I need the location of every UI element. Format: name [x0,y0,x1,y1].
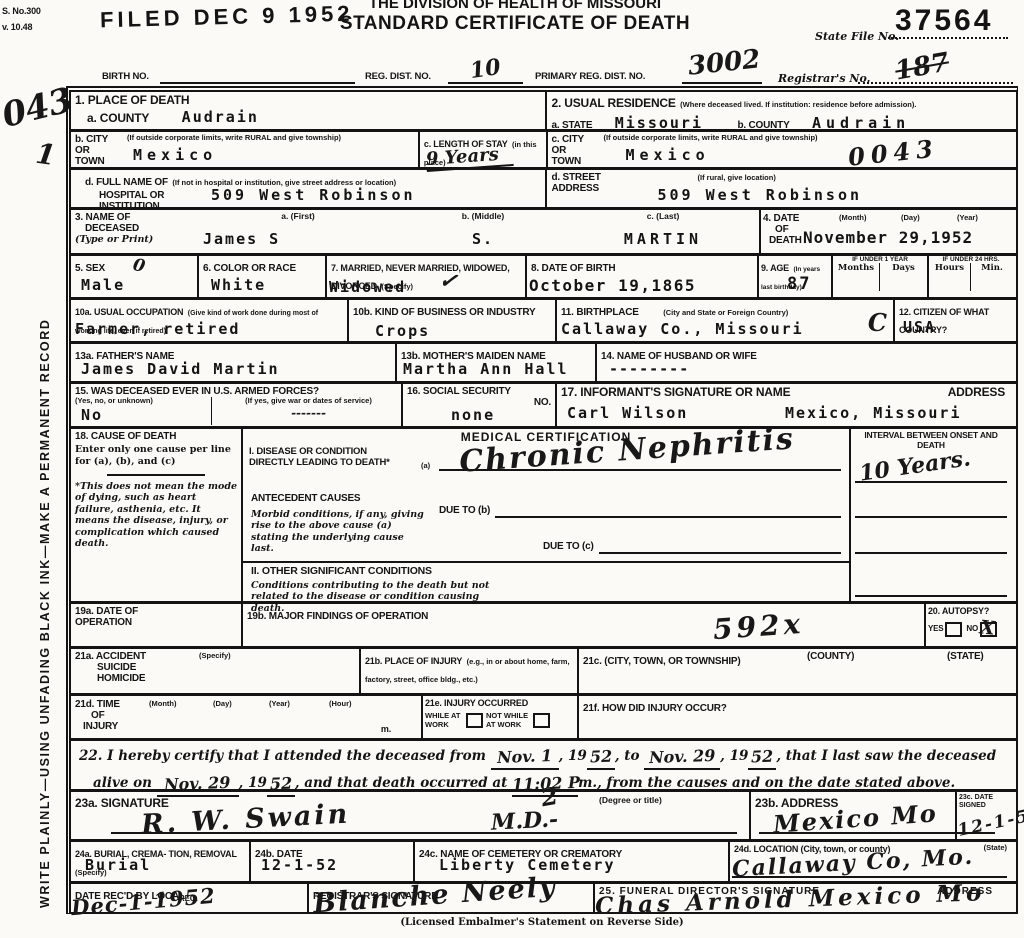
certify-text-1: 22. I hereby certify that I attended the… [79,748,486,764]
disease-a-tag: (a) [421,462,430,471]
form-number-line1: S. No.300 [2,6,41,16]
row-occupation: 10a. USUAL OCCUPATION (Give kind of work… [71,300,1016,344]
field-funeral-director: 25. FUNERAL DIRECTOR'S SIGNATURE ADDRESS… [595,884,1011,912]
field-city-of-residence: c. CITY OR TOWN (If outside corporate li… [548,132,1017,167]
city-label: b. CITY OR TOWN [75,134,119,168]
business-value: Crops [375,324,430,339]
registrar-no-leader [858,82,1013,84]
field-institution: d. FULL NAME OF (If not in hospital or i… [71,170,547,207]
injury-not-while-label: NOT WHILE AT WORK [486,712,530,729]
county-value: Audrain [182,108,259,126]
business-label: 10b. KIND OF BUSINESS OR INDUSTRY [353,307,536,318]
morbid-note: Morbid conditions, if any, giving rise t… [251,509,429,555]
informant-label: 17. INFORMANT'S SIGNATURE OR NAME [561,386,790,399]
field-street-address: d. STREET ADDRESS (If rural, give locati… [547,170,1016,207]
reg-dist-label: REG. DIST. NO. [365,72,431,83]
dod-col-day: (Day) [901,214,920,223]
injury-occurred-label: 21e. INJURY OCCURRED [425,698,575,708]
field-date-of-death: 4. DATE OF DEATH (Month) (Day) (Year) No… [761,210,1015,253]
armed-forces-note-1: (Yes, no, or unknown) [75,397,211,406]
first-name-header: a. (First) [203,212,393,222]
institution-value: 509 West Robinson [211,188,416,203]
street-label: d. STREET ADDRESS [551,172,605,194]
antecedent-label: ANTECEDENT CAUSES [251,493,360,504]
sex-label: 5. SEX [75,263,105,274]
cause-sidebar-divider [107,474,204,476]
city-value: Mexico [133,148,217,163]
certificate-title: STANDARD CERTIFICATE OF DEATH [280,13,750,35]
signature-degree-note: (Degree or title) [599,796,662,806]
dob-value: October 19,1865 [529,278,696,294]
street-value: 509 West Robinson [657,188,862,203]
death-certificate-scan: S. No.300 v. 10.48 FILED DEC 9 1952 THE … [0,0,1024,938]
field-date-received: DATE REC'D BY LOCAL REG. Dec-1-1952 [71,884,309,912]
injury-how-label: 21f. HOW DID INJURY OCCUR? [583,703,727,714]
last-name-header: c. (Last) [573,212,753,222]
interval-line-1 [855,481,1007,483]
burial-date-value: 12-1-52 [261,858,338,873]
injury-state-label: (STATE) [947,651,984,662]
injury-place-label: 21b. PLACE OF INJURY [365,656,462,666]
field-father: 13a. FATHER'S NAME James David Martin [71,344,397,381]
row-forces-ssn-informant: 15. WAS DECEASED EVER IN U.S. ARMED FORC… [71,384,1016,429]
mother-value: Martha Ann Hall [403,362,568,377]
row-city: b. CITY OR TOWN (If outside corporate li… [71,132,1016,170]
footer-note: (Licensed Embalmer's Statement on Revers… [66,917,1018,929]
interval-line-3 [855,552,1007,554]
interval-label: INTERVAL BETWEEN ONSET AND DEATH [855,431,1007,450]
usual-residence-note: (Where deceased lived. If institution: r… [680,100,916,109]
primary-reg-label: PRIMARY REG. DIST. NO. [535,72,645,83]
residence-state-label: a. STATE [551,120,592,131]
field-marital-status: 7. MARRIED, NEVER MARRIED, WIDOWED, DIVO… [327,256,527,297]
name-label-2: DECEASED [85,223,203,234]
division-line: THE DIVISION OF HEALTH OF MISSOURI [280,0,750,11]
state-file-label: State File No. [815,30,899,43]
field-occupation: 10a. USUAL OCCUPATION (Give kind of work… [71,300,349,341]
field-city-of-death: b. CITY OR TOWN (If outside corporate li… [71,132,420,167]
certificate-form: 1. PLACE OF DEATH a. COUNTY Audrain 2. U… [66,86,1018,914]
injury-while-label: WHILE AT WORK [425,712,463,729]
field-burial-date: 24b. DATE 12-1-52 [251,842,415,881]
row-institution-street: d. FULL NAME OF (If not in hospital or i… [71,170,1016,210]
cause-side-note-2: *This does not mean the mode of dying, s… [75,481,237,549]
field-operation-date: 19a. DATE OF OPERATION [71,604,243,646]
name-label-note: (Type or Print) [75,234,203,245]
field-usual-residence: 2. USUAL RESIDENCE (Where deceased lived… [547,92,1016,129]
field-length-of-stay: c. LENGTH OF STAY (in this place) 9 Year… [420,132,548,167]
field-date-signed: 23c. DATE SIGNED 12-1-52 [957,792,1015,839]
certify-text-6: alive on [93,775,152,791]
date-signed-label: 23c. DATE SIGNED [959,794,1013,810]
field-medical-certification: MEDICAL CERTIFICATION I. DISEASE OR COND… [243,429,851,601]
date-received-value: Dec-1-1952 [70,883,216,921]
signature-line [111,832,737,834]
field-cemetery: 24c. NAME OF CEMETERY OR CREMATORY Liber… [415,842,730,881]
dod-col-month: (Month) [839,214,866,223]
field-business: 10b. KIND OF BUSINESS OR INDUSTRY Crops [349,300,557,341]
field-citizen: 12. CITIZEN OF WHAT COUNTRY? USA [895,300,1015,341]
field-birthplace: 11. BIRTHPLACE (City and State or Foreig… [557,300,895,341]
informant-value: Carl Wilson [567,406,688,421]
autopsy-no-label: NO [966,625,978,634]
age-days-label: Days [880,263,927,273]
due-to-b-line [495,516,841,518]
row-registrar: DATE REC'D BY LOCAL REG. Dec-1-1952 REGI… [71,884,1016,912]
due-to-c-label: DUE TO (c) [543,541,594,552]
injury-while-checkbox [466,713,483,728]
injury-time-label-3: INJURY [83,721,118,732]
county-label: a. COUNTY [87,111,149,125]
autopsy-no-mark: X [979,616,996,639]
field-race: 6. COLOR OR RACE White [199,256,327,297]
field-interval: INTERVAL BETWEEN ONSET AND DEATH 10 Year… [851,429,1011,601]
sex-value: Male [81,278,125,293]
age-under-24: IF UNDER 24 HRS. Hours Min. [927,256,1013,297]
residence-city-label: c. CITY OR TOWN [552,134,596,168]
injury-time-label-1: 21d. TIME [75,699,120,710]
birth-no-blank [160,82,355,84]
age-under-24-header: IF UNDER 24 HRS. [929,256,1013,263]
age-min-label: Min. [971,263,1013,273]
burial-location-line [732,876,1007,878]
race-label: 6. COLOR OR RACE [203,263,296,274]
field-injury-how: 21f. HOW DID INJURY OCCUR? [579,696,1011,738]
certify-text-8: , and that death occurred at [295,775,508,791]
signature-value: R. W. Swain [140,799,351,841]
middle-name-value: S. [393,232,573,247]
birthplace-value: Callaway Co., Missouri [561,322,804,337]
age-under-year-header: IF UNDER 1 YEAR [833,256,927,263]
field-operation-findings: 19b. MAJOR FINDINGS OF OPERATION 592x [243,604,926,646]
autopsy-yes-label: YES [928,625,943,634]
ssn-value: none [451,408,495,423]
field-injury-city: 21c. (CITY, TOWN, OR TOWNSHIP) (COUNTY) … [579,649,1011,693]
citizen-value: USA [903,320,936,335]
field-sex: 5. SEX 0 Male [71,256,199,297]
row-operation: 19a. DATE OF OPERATION 19b. MAJOR FINDIN… [71,604,1016,649]
cemetery-value: Liberty Cemetery [439,858,616,873]
father-value: James David Martin [81,362,280,377]
field-registrar-signature: REGISTRAR'S SIGNATURE Blanche Neely [309,884,595,912]
operation-findings-label: 19b. MAJOR FINDINGS OF OPERATION [247,611,428,622]
certify-text-3: , to [615,748,640,764]
field-name-of-deceased: 3. NAME OF DECEASED (Type or Print) a. (… [71,210,761,253]
armed-forces-dashes: ------- [216,406,401,420]
row-name-dod: 3. NAME OF DECEASED (Type or Print) a. (… [71,210,1016,256]
ssn-label: 16. SOCIAL SECURITY [407,386,551,397]
age-months-label: Months [833,263,879,273]
sex-scribble: 0 [131,255,147,277]
age-label: 9. AGE [761,263,789,273]
field-ssn: 16. SOCIAL SECURITY NO. none [403,384,557,426]
autopsy-no-checkbox: X [980,622,997,637]
injury-city-label: 21c. (CITY, TOWN, OR TOWNSHIP) [583,656,741,667]
primary-reg-blank [682,82,762,84]
field-injury-time: 21d. TIME OF INJURY (Month) (Day) (Year)… [71,696,423,738]
certify-text-9: m., from the causes and on the date stat… [578,775,955,791]
informant-address-label: ADDRESS [948,386,1005,399]
dod-value: November 29,1952 [803,230,973,246]
field-mother: 13b. MOTHER'S MAIDEN NAME Martha Ann Hal… [397,344,597,381]
dod-label-3: DEATH [769,235,802,246]
row-parents: 13a. FATHER'S NAME James David Martin 13… [71,344,1016,384]
certify-year2-line: 52 [748,743,776,770]
last-name-value: MARTIN [573,232,753,247]
injury-time-col-month: (Month) [149,700,176,709]
interval-line-2 [855,516,1007,518]
race-value: White [211,278,266,293]
field-spouse: 14. NAME OF HUSBAND OR WIFE -------- [597,344,1015,381]
field-cause-sidebar: 18. CAUSE OF DEATH Enter only one cause … [71,429,243,601]
middle-name-header: b. (Middle) [393,212,573,222]
reg-dist-value: 10 [468,54,502,84]
division-line-clip: THE DIVISION OF HEALTH OF MISSOURI [280,0,750,12]
spouse-value: -------- [609,362,689,377]
usual-residence-title: 2. USUAL RESIDENCE [551,96,675,110]
field-physician-signature: 23a. SIGNATURE (Degree or title) 2 R. W.… [71,792,751,839]
accident-note: (Specify) [199,652,231,661]
birth-no-label: BIRTH NO. [102,72,149,83]
margin-vertical-instruction: WRITE PLAINLY—USING UNFADING BLACK INK—M… [38,319,52,908]
burial-location-state-label: (State) [984,844,1007,854]
injury-time-col-year: (Year) [269,700,290,709]
autopsy-yes-checkbox [945,622,962,637]
other-conditions-divider [243,561,849,563]
row-medical-certification: 18. CAUSE OF DEATH Enter only one cause … [71,429,1016,604]
autopsy-label: 20. AUTOPSY? [928,606,1013,616]
field-burial-type: 24a. BURIAL, CREMA- TION, REMOVAL (Speci… [71,842,251,881]
field-age: 9. AGE (In years last birthday) 87 IF UN… [759,256,1015,297]
certify-text-5: , that I last saw the deceased [776,748,996,764]
city-note: (If outside corporate limits, write RURA… [127,134,411,143]
certify-from-value: Nov. 1 [497,744,553,770]
primary-reg-value: 3002 [687,44,762,81]
age-hours-label: Hours [929,263,970,273]
due-to-b-label: DUE TO (b) [439,505,490,516]
certify-year1-value: 52 [589,745,612,770]
birthplace-label: 11. BIRTHPLACE [561,307,639,318]
reg-dist-blank [448,82,523,84]
first-name-value: James S [203,232,393,247]
operation-findings-scribble: 592x [712,607,805,646]
residence-county-label: b. COUNTY [737,120,789,131]
age-main: 9. AGE (In years last birthday) 87 [759,256,831,297]
certify-text-7: , 19 [239,775,267,791]
certify-year1-line: 52 [587,743,615,770]
row-accident: 21a. ACCIDENT SUICIDE HOMICIDE (Specify)… [71,649,1016,696]
accident-label-2: SUICIDE [97,662,355,673]
state-file-number: 37564 [895,4,993,38]
age-value: 87 [787,276,811,293]
occupation-value: Farmer, retired [75,322,240,337]
residence-city-value: Mexico [626,148,710,163]
field-armed-forces: 15. WAS DECEASED EVER IN U.S. ARMED FORC… [71,384,403,426]
street-note: (If rural, give location) [697,174,775,183]
place-of-death-title: 1. PLACE OF DEATH [75,94,541,107]
field-autopsy: 20. AUTOPSY? YES NO X [926,604,1015,646]
row-physician-signature: 23a. SIGNATURE (Degree or title) 2 R. W.… [71,792,1016,842]
cause-side-note-1: Enter only one cause per line for (a), (… [75,444,237,467]
disease-label-2: DIRECTLY LEADING TO DEATH* [249,458,390,469]
interval-line-4 [855,595,1007,597]
row-place-residence-top: 1. PLACE OF DEATH a. COUNTY Audrain 2. U… [71,92,1016,132]
armed-forces-note-2: (If yes, give war or dates of service) [216,397,401,406]
injury-not-while-checkbox [533,713,550,728]
institution-label-1: d. FULL NAME OF [85,177,168,188]
dod-label-1: 4. DATE [763,213,799,224]
dod-label-2: OF [775,224,789,235]
field-date-of-birth: 8. DATE OF BIRTH October 19,1865 [527,256,759,297]
registrar-no-value: 187 [893,48,952,87]
row-injury-time: 21d. TIME OF INJURY (Month) (Day) (Year)… [71,696,1016,741]
field-physician-address: 23b. ADDRESS Mexico Mo [751,792,957,839]
injury-time-m: m. [381,724,391,734]
certify-from-line: Nov. 1 [491,743,559,770]
stay-value: 9 Years [425,143,513,172]
operation-date-label: 19a. DATE OF OPERATION [75,606,175,628]
field-informant: 17. INFORMANT'S SIGNATURE OR NAME ADDRES… [557,384,1015,426]
registrar-no-label: Registrar's No. [778,72,870,85]
accident-label-3: HOMICIDE [97,673,355,684]
certify-text-2: , 19 [559,748,587,764]
name-label-1: 3. NAME OF [75,212,203,223]
armed-forces-value: No [81,408,211,423]
margin-scribble-number-2: 1 [34,137,58,172]
injury-county-label: (COUNTY) [807,651,854,662]
birthplace-scribble: C [868,308,887,337]
field-injury-occurred: 21e. INJURY OCCURRED WHILE AT WORK NOT W… [423,696,579,738]
row-demographics: 5. SEX 0 Male 6. COLOR OR RACE White 7. … [71,256,1016,300]
informant-address-value: Mexico, Missouri [785,406,962,421]
field-place-of-death: 1. PLACE OF DEATH a. COUNTY Audrain [71,92,547,129]
field-injury-place: 21b. PLACE OF INJURY (e.g., in or about … [361,649,579,693]
marital-value: Widowed [329,280,406,295]
form-number-line2: v. 10.48 [2,22,41,32]
injury-time-col-hour: (Hour) [329,700,352,709]
certify-to-line: Nov. 29 [644,743,720,770]
certify-year2-value: 52 [751,745,774,770]
cause-label: 18. CAUSE OF DEATH [75,431,237,442]
form-number-block: S. No.300 v. 10.48 [2,6,41,32]
injury-time-col-day: (Day) [213,700,232,709]
injury-time-label-2: OF [91,710,105,721]
residence-state-value: Missouri [615,114,703,132]
other-conditions-label: II. OTHER SIGNIFICANT CONDITIONS [251,566,432,578]
occupation-label: 10a. USUAL OCCUPATION [75,307,183,317]
age-under-year: IF UNDER 1 YEAR Months Days [831,256,927,297]
certify-to-value: Nov. 29 [649,744,716,770]
dob-label: 8. DATE OF BIRTH [531,263,615,274]
marital-scribble: ✓ [437,267,459,295]
birthplace-note: (City and State or Foreign Country) [663,308,788,317]
field-accident: 21a. ACCIDENT SUICIDE HOMICIDE (Specify) [71,649,361,693]
dod-col-year: (Year) [957,214,978,223]
field-burial-location: 24d. LOCATION (City, town, or county) (S… [730,842,1011,881]
burial-value: Burial [85,858,151,873]
residence-county-value: Audrain [812,114,910,132]
due-to-c-line [599,552,841,554]
certify-text-4: , 19 [720,748,748,764]
